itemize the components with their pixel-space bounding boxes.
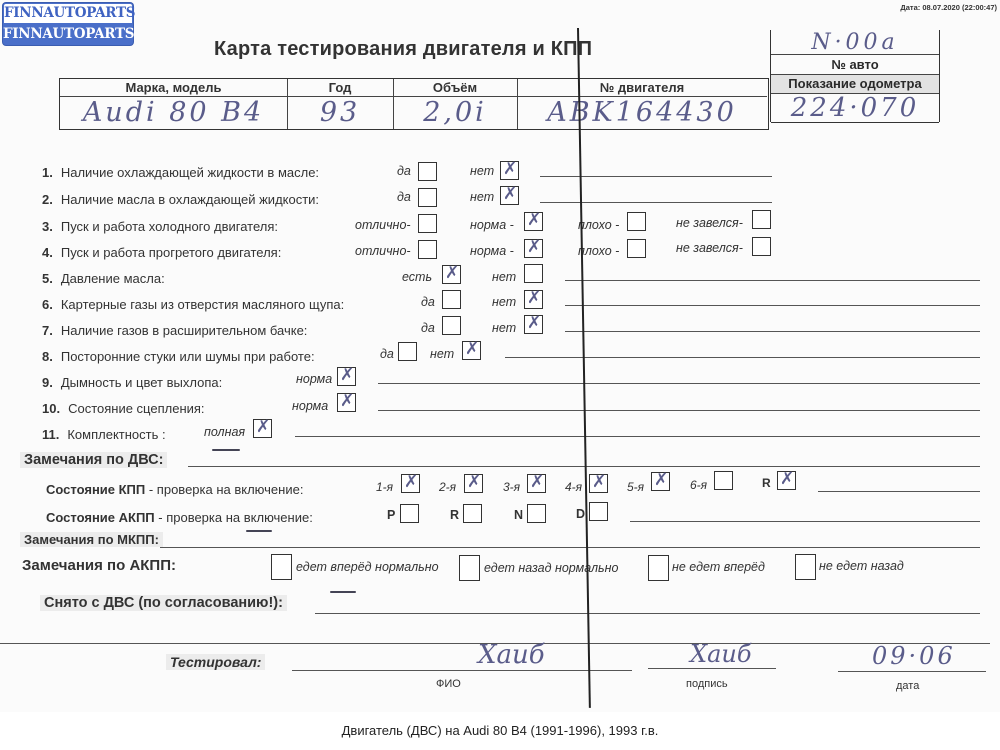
notes-line <box>505 357 980 358</box>
option-label: плохо - <box>578 218 619 232</box>
checkbox-no-forward[interactable] <box>648 555 669 581</box>
checkbox-q4-not-started[interactable] <box>752 237 771 256</box>
option-label: полная <box>204 425 245 439</box>
question-7: 7.Наличие газов в расширительном бачке: <box>42 323 307 338</box>
handwritten-dash <box>246 530 272 532</box>
checkbox-q7-da[interactable] <box>442 316 461 335</box>
checkbox-q4-bad[interactable] <box>627 239 646 258</box>
question-4: 4.Пуск и работа прогретого двигателя: <box>42 245 281 260</box>
remarks-akpp-label: Замечания по АКПП: <box>18 557 180 574</box>
checkbox-q10-normal[interactable] <box>337 393 356 412</box>
option-label: нет <box>430 347 454 361</box>
checkbox-akpp-p[interactable] <box>400 504 419 523</box>
scanned-form: FINNAUTOPARTS FINNAUTOPARTS Дата: 08.07.… <box>0 0 1000 712</box>
checkbox-gear-6[interactable] <box>714 471 733 490</box>
option-label: не завелся- <box>676 216 743 230</box>
option-label: норма <box>292 399 328 413</box>
option-label: нет <box>492 270 516 284</box>
option-label: не едет назад <box>819 559 904 573</box>
checkbox-gear-4[interactable] <box>589 474 608 493</box>
question-11: 11.Комплектность : <box>42 427 166 442</box>
notes-line <box>378 383 980 384</box>
signature-caption: подпись <box>686 678 728 690</box>
volume-value: 2,0i <box>393 96 517 129</box>
question-9: 9.Дымность и цвет выхлопа: <box>42 375 222 390</box>
tester-name-value: Хаиб <box>478 640 545 670</box>
engine-number-value: ABK164430 <box>517 96 767 129</box>
signature-line[interactable] <box>648 668 776 669</box>
tested-by-label: Тестировал: <box>166 654 265 670</box>
akpp-mode-label: P <box>387 508 395 522</box>
remarks-mkpp-line[interactable] <box>160 547 980 548</box>
auto-number-label: № авто <box>771 54 939 75</box>
akpp-mode-label: R <box>450 508 459 522</box>
checkbox-q3-normal[interactable] <box>524 212 543 231</box>
handwritten-dash <box>212 449 240 451</box>
option-label: да <box>380 347 394 361</box>
gear-label: 1-я <box>376 480 393 494</box>
col-header-volume: Объём <box>393 79 517 97</box>
removed-line[interactable] <box>315 613 980 614</box>
option-label: нет <box>470 190 494 204</box>
gear-label: 3-я <box>503 480 520 494</box>
col-header-engine-number: № двигателя <box>517 79 767 97</box>
logo-line-1: FINNAUTOPARTS <box>4 4 132 23</box>
year-value: 93 <box>287 96 393 129</box>
site-logo[interactable]: FINNAUTOPARTS FINNAUTOPARTS <box>3 3 133 45</box>
question-2: 2.Наличие масла в охлаждающей жидкости: <box>42 192 319 207</box>
option-label: не едет вперёд <box>672 560 765 574</box>
option-label: норма - <box>470 218 514 232</box>
name-line[interactable] <box>292 670 632 671</box>
akpp-mode-label: N <box>514 508 523 522</box>
checkbox-q6-net[interactable] <box>524 290 543 309</box>
gear-label: 2-я <box>439 480 456 494</box>
odometer-value: 224·070 <box>771 92 939 123</box>
checkbox-q2-da[interactable] <box>418 188 437 207</box>
option-label: отлично- <box>355 218 411 232</box>
gear-label: R <box>762 476 771 490</box>
notes-line <box>540 202 772 203</box>
option-label: не завелся- <box>676 241 743 255</box>
question-1: 1.Наличие охлаждающей жидкости в масле: <box>42 165 319 180</box>
checkbox-q3-bad[interactable] <box>627 212 646 231</box>
auto-odometer-box: N·00a № авто Показание одометра 224·070 <box>770 30 940 122</box>
gear-label: 5-я <box>627 480 644 494</box>
col-header-model: Марка, модель <box>60 79 287 97</box>
auto-number-value: N·00a <box>771 30 939 56</box>
akpp-label: Состояние АКПП - проверка на включение: <box>46 510 313 525</box>
image-caption: Двигатель (ДВС) на Audi 80 B4 (1991-1996… <box>0 712 1000 750</box>
vehicle-table: Марка, модель Год Объём № двигателя Audi… <box>59 78 769 130</box>
odometer-label: Показание одометра <box>771 74 939 94</box>
option-label: норма - <box>470 244 514 258</box>
option-label: есть <box>402 270 432 284</box>
gear-label: 4-я <box>565 480 582 494</box>
model-value: Audi 80 B4 <box>60 96 287 129</box>
option-label: норма <box>296 372 332 386</box>
checkbox-q1-net[interactable] <box>500 161 519 180</box>
checkbox-gear-2[interactable] <box>464 474 483 493</box>
checkbox-q1-da[interactable] <box>418 162 437 181</box>
notes-line <box>818 491 980 492</box>
gear-label: 6-я <box>690 478 707 492</box>
option-label: нет <box>492 295 516 309</box>
option-label: едет назад нормально <box>484 561 618 575</box>
checkbox-reverse-normal[interactable] <box>459 555 480 581</box>
notes-line <box>565 305 980 306</box>
question-10: 10.Состояние сцепления: <box>42 401 205 416</box>
notes-line <box>630 521 980 522</box>
handwritten-dash <box>330 591 356 593</box>
date-caption: дата <box>896 680 919 692</box>
checkbox-q8-da[interactable] <box>398 342 417 361</box>
checkbox-akpp-d[interactable] <box>589 502 608 521</box>
checkbox-q4-normal[interactable] <box>524 239 543 258</box>
remarks-engine-label: Замечания по ДВС: <box>20 452 167 468</box>
checkbox-q8-net[interactable] <box>462 341 481 360</box>
akpp-mode-label: D <box>576 507 585 521</box>
option-label: да <box>421 295 435 309</box>
checkbox-akpp-r[interactable] <box>463 504 482 523</box>
signature-value: Хаиб <box>690 640 752 668</box>
option-label: едет вперёд нормально <box>296 560 439 574</box>
date-line[interactable] <box>838 671 986 672</box>
logo-line-2: FINNAUTOPARTS <box>3 24 133 44</box>
option-label: нет <box>470 164 494 178</box>
date-value: 09·06 <box>872 642 956 670</box>
checkbox-q6-da[interactable] <box>442 290 461 309</box>
checkbox-no-reverse[interactable] <box>795 554 816 580</box>
question-5: 5.Давление масла: <box>42 271 165 286</box>
checkbox-q9-normal[interactable] <box>337 367 356 386</box>
checkbox-q3-excellent[interactable] <box>418 214 437 233</box>
date-stamp: Дата: 08.07.2020 (22:00:47) <box>900 3 997 12</box>
option-label: да <box>421 321 435 335</box>
checkbox-q3-not-started[interactable] <box>752 210 771 229</box>
checkbox-forward-normal[interactable] <box>271 554 292 580</box>
col-header-year: Год <box>287 79 393 97</box>
option-label: да <box>397 164 411 178</box>
question-6: 6.Картерные газы из отверстия масляного … <box>42 297 344 312</box>
notes-line <box>565 331 980 332</box>
option-label: да <box>397 190 411 204</box>
question-3: 3.Пуск и работа холодного двигателя: <box>42 219 278 234</box>
checkbox-q2-net[interactable] <box>500 186 519 205</box>
checkbox-gear-r[interactable] <box>777 471 796 490</box>
checkbox-q4-excellent[interactable] <box>418 240 437 259</box>
checkbox-gear-5[interactable] <box>651 472 670 491</box>
checkbox-q5-no[interactable] <box>524 264 543 283</box>
option-label: отлично- <box>355 244 411 258</box>
checkbox-akpp-n[interactable] <box>527 504 546 523</box>
checkbox-q7-net[interactable] <box>524 315 543 334</box>
notes-line <box>295 436 980 437</box>
name-caption: ФИО <box>436 678 461 690</box>
form-title: Карта тестирования двигателя и КПП <box>214 38 592 61</box>
notes-line <box>378 410 980 411</box>
remarks-mkpp-label: Замечания по МКПП: <box>20 532 163 547</box>
checkbox-gear-3[interactable] <box>527 474 546 493</box>
question-8: 8.Посторонние стуки или шумы при работе: <box>42 349 315 364</box>
removed-label: Снято с ДВС (по согласованию!): <box>40 595 287 611</box>
notes-line <box>565 280 980 281</box>
option-label: нет <box>492 321 516 335</box>
checkbox-q5-yes[interactable] <box>442 265 461 284</box>
kpp-label: Состояние КПП - проверка на включение: <box>46 482 303 497</box>
checkbox-gear-1[interactable] <box>401 474 420 493</box>
checkbox-q11-complete[interactable] <box>253 419 272 438</box>
notes-line <box>540 176 772 177</box>
option-label: плохо - <box>578 244 619 258</box>
